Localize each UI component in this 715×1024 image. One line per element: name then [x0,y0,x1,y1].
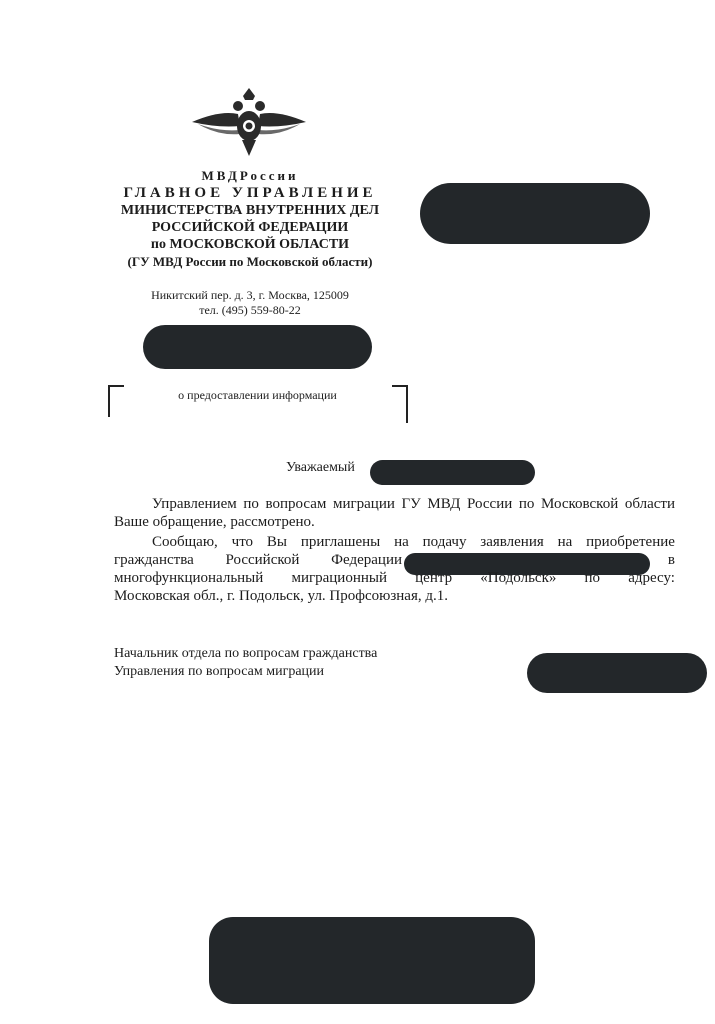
header-address: Никитский пер. д. 3, г. Москва, 125009 [100,288,400,303]
paragraph-invite-line-4: Московская обл., г. Подольск, ул. Профсо… [114,588,675,606]
subject-line: о предоставлении информации [120,388,395,403]
redaction-recipient-name [370,460,535,485]
header-line-region: по МОСКОВСКОЙ ОБЛАСТИ [100,237,400,253]
word: Российской [225,552,299,570]
word: центр [415,570,452,588]
word: многофункциональный [114,570,263,588]
word: что [232,534,253,552]
word: по [585,570,601,588]
word: заявления [480,534,543,552]
header-line-main-directorate: ГЛАВНОЕ УПРАВЛЕНИЕ [100,185,400,202]
header-line-abbrev: (ГУ МВД России по Московской области) [100,254,400,270]
invite-preposition: в [668,552,675,570]
redaction-signatory-name [527,653,707,693]
word: приглашены [301,534,380,552]
paragraph-review: Управлением по вопросам миграции ГУ МВД … [114,496,675,531]
signatory-title-line-2: Управления по вопросам миграции [114,664,324,680]
word: «Подольск» [480,570,556,588]
header-line-federation: РОССИЙСКОЙ ФЕДЕРАЦИИ [100,220,400,236]
redaction-footer-stamp [209,917,535,1004]
word: Федерации [331,552,402,570]
word: приобретение [586,534,675,552]
redaction-recipient-address [420,183,650,244]
word: на [394,534,409,552]
word: Вы [267,534,287,552]
header-line-mvd: МВДРоссии [100,168,400,184]
paragraph-invite-line-1: Сообщаю,чтоВыприглашенынаподачузаявления… [114,534,675,552]
header-line-ministry: МИНИСТЕРСТВА ВНУТРЕННИХ ДЕЛ [100,203,400,219]
word: на [558,534,573,552]
header-phone: тел. (495) 559-80-22 [100,303,400,318]
paragraph-invite-line-3: многофункциональныймиграционныйцентр«Под… [114,570,675,588]
word: Сообщаю, [152,534,218,552]
eagle-emblem-icon [190,86,308,158]
salutation: Уважаемый [286,460,355,476]
paragraph-invite-line-2: гражданстваРоссийскойФедерации в [114,552,675,570]
redaction-outgoing-number [143,325,372,369]
word: подачу [423,534,467,552]
word: миграционный [291,570,387,588]
word: адресу: [628,570,675,588]
word: гражданства [114,552,194,570]
signatory-title-line-1: Начальник отдела по вопросам гражданства [114,646,377,662]
